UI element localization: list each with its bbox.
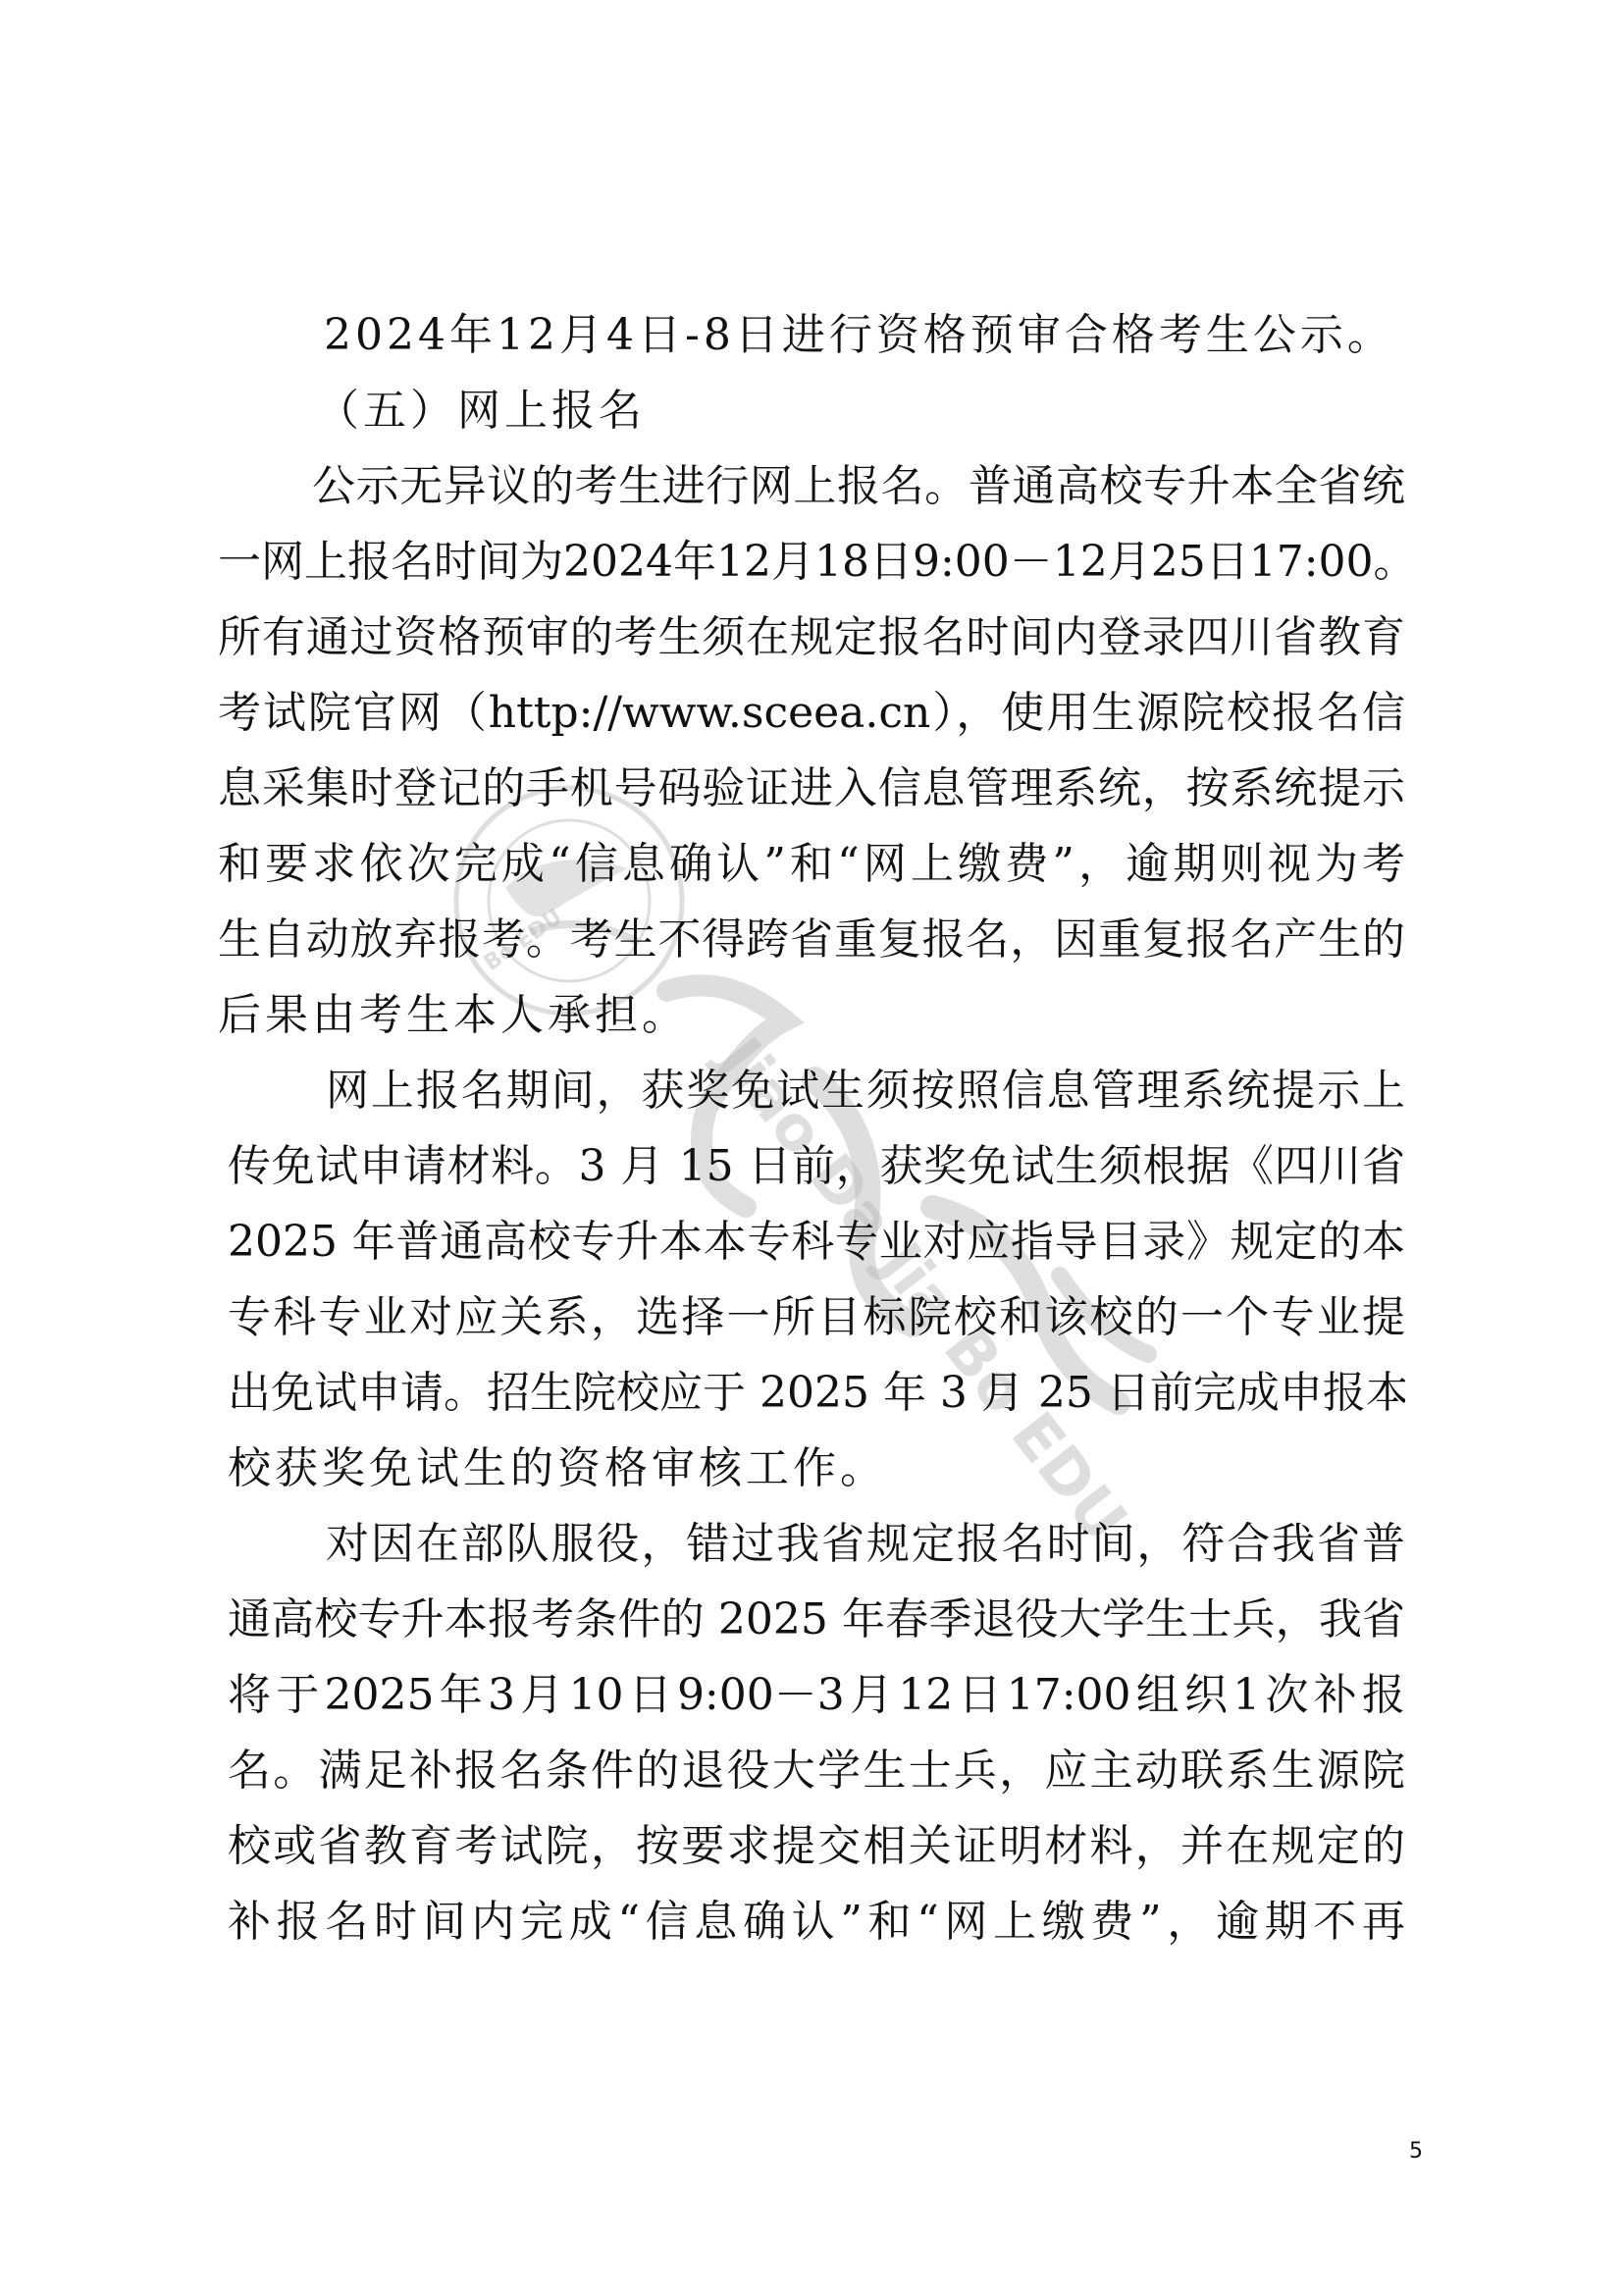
paragraph-line: 传免试申请材料。3 月 15 日前，获奖免试生须根据《四川省 [218,1128,1405,1204]
paragraph-line: 名。满足补报名条件的退役大学生士兵，应主动联系生源院 [218,1733,1405,1808]
paragraph-line: 所有通过资格预审的考生须在规定报名时间内登录四川省教育 [218,600,1405,675]
paragraph-line: 校或省教育考试院，按要求提交相关证明材料，并在规定的 [218,1808,1405,1884]
paragraph-line: 网上报名期间，获奖免试生须按照信息管理系统提示上 [218,1053,1405,1128]
paragraph-line: 2024年12月4日-8日进行资格预审合格考生公示。 [218,297,1405,373]
paragraph-line: 补报名时间内完成“信息确认”和“网上缴费”，逾期不再 [218,1884,1405,1959]
paragraph-line: 专科专业对应关系，选择一所目标院校和该校的一个专业提 [218,1279,1405,1355]
paragraph-line: 对因在部队服役，错过我省规定报名时间，符合我省普 [218,1506,1405,1582]
paragraph-line: 和要求依次完成“信息确认”和“网上缴费”，逾期则视为考 [218,826,1405,902]
paragraph-line: 校获奖免试生的资格审核工作。 [218,1431,1405,1506]
paragraph-line: 将于2025年3月10日9:00－3月12日17:00组织1次补报 [218,1657,1405,1733]
paragraph-line: 公示无异议的考生进行网上报名。普通高校专升本全省统 [218,448,1405,524]
page-number: 5 [1409,2139,1423,2164]
section-heading: （五）网上报名 [218,373,1405,448]
paragraph-line-with-url: 考试院官网（http://www.sceea.cn），使用生源院校报名信 [218,675,1405,751]
paragraph-line: 通高校专升本报考条件的 2025 年春季退役大学生士兵，我省 [218,1582,1405,1657]
paragraph-line: 出免试申请。招生院校应于 2025 年 3 月 25 日前完成申报本 [218,1355,1405,1431]
document-page: Bo EDU Jiao Da Jia Bo EDU 2024年12月4日-8日进… [0,0,1624,2295]
paragraph-line: 生自动放弃报考。考生不得跨省重复报名，因重复报名产生的 [218,902,1405,977]
paragraph-line: 2025 年普通高校专升本本专科专业对应指导目录》规定的本 [218,1204,1405,1279]
paragraph-line: 一网上报名时间为2024年12月18日9:00－12月25日17:00。 [218,524,1405,600]
document-body: 2024年12月4日-8日进行资格预审合格考生公示。 （五）网上报名 公示无异议… [218,297,1405,1959]
paragraph-line: 后果由考生本人承担。 [218,977,1405,1053]
paragraph-line: 息采集时登记的手机号码验证进入信息管理系统，按系统提示 [218,751,1405,826]
